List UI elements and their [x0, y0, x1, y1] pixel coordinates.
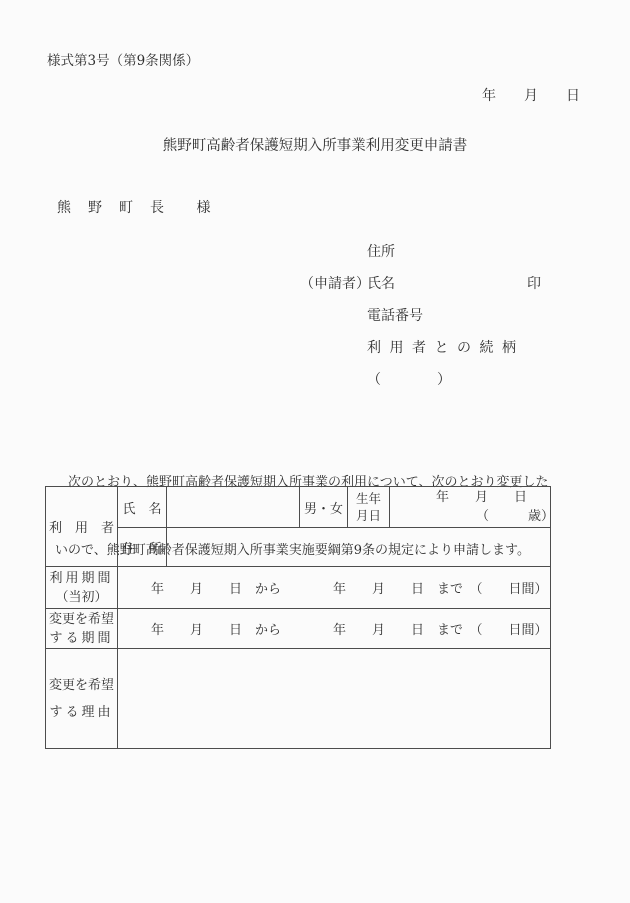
form-number: 様式第3号（第9条関係） [47, 49, 199, 69]
change-reason-label-line2: する理由 [46, 699, 117, 726]
address-label-cell: 住 所 [118, 528, 167, 567]
change-period-value-cell: 年 月 日 から 年 月 日 まで （ 日間） [118, 609, 551, 649]
birthdate-label-cell: 生年 月日 [348, 487, 390, 528]
table-row: 変更を希望 する期間 年 月 日 から 年 月 日 まで （ 日間） [46, 609, 551, 649]
application-form-page: 様式第3号（第9条関係） 年 月 日 熊野町高齢者保護短期入所事業利用変更申請書… [0, 0, 630, 903]
table-row: 変更を希望 する理由 [46, 649, 551, 749]
user-label-cell: 利 用 者 [46, 487, 118, 567]
initial-period-value-cell: 年 月 日 から 年 月 日 まで （ 日間） [118, 567, 551, 609]
applicant-relation-parens: （ ） [367, 369, 451, 389]
initial-period-label-line2: （当初） [46, 588, 117, 607]
change-reason-input-cell [118, 649, 551, 749]
change-period-value: 年 月 日 から 年 月 日 まで （ 日間） [118, 619, 550, 638]
initial-period-label-cell: 利用期間 （当初） [46, 567, 118, 609]
name-label-cell: 氏 名 [118, 487, 167, 528]
seal-label: 印 [527, 273, 541, 293]
page-title: 熊野町高齢者保護短期入所事業利用変更申請書 [0, 134, 630, 155]
name-input-cell [167, 487, 300, 528]
change-reason-label-line1: 変更を希望 [46, 672, 117, 699]
gender-cell: 男・女 [300, 487, 348, 528]
change-period-label-cell: 変更を希望 する期間 [46, 609, 118, 649]
table-row: 利用期間 （当初） 年 月 日 から 年 月 日 まで （ 日間） [46, 567, 551, 609]
addressee-line: 熊 野 町 長 様 [57, 197, 212, 217]
table-row: 住 所 [46, 528, 551, 567]
applicant-name-label: 氏名 [367, 273, 395, 293]
applicant-label: （申請者） [300, 273, 370, 293]
change-reason-label-cell: 変更を希望 する理由 [46, 649, 118, 749]
change-period-label-line2: する期間 [46, 629, 117, 648]
application-table: 利 用 者 氏 名 男・女 生年 月日 年 月 日 （ 歳） 住 所 利用期間 … [45, 486, 551, 749]
address-input-cell [167, 528, 551, 567]
birthdate-label-line1: 生年 [348, 490, 389, 507]
initial-period-label-line1: 利用期間 [46, 569, 117, 588]
birthdate-value-cell: 年 月 日 （ 歳） [390, 487, 551, 528]
change-period-label-line1: 変更を希望 [46, 610, 117, 629]
applicant-address-label: 住所 [367, 241, 395, 261]
table-row: 利 用 者 氏 名 男・女 生年 月日 年 月 日 （ 歳） [46, 487, 551, 528]
date-line: 年 月 日 [482, 85, 580, 105]
applicant-phone-label: 電話番号 [367, 305, 423, 325]
birthdate-value-line2: （ 歳） [390, 507, 550, 526]
applicant-relation-label: 利用者との続柄 [367, 337, 525, 357]
birthdate-value-line1: 年 月 日 [390, 488, 550, 507]
birthdate-label-line2: 月日 [348, 507, 389, 524]
initial-period-value: 年 月 日 から 年 月 日 まで （ 日間） [118, 578, 550, 597]
